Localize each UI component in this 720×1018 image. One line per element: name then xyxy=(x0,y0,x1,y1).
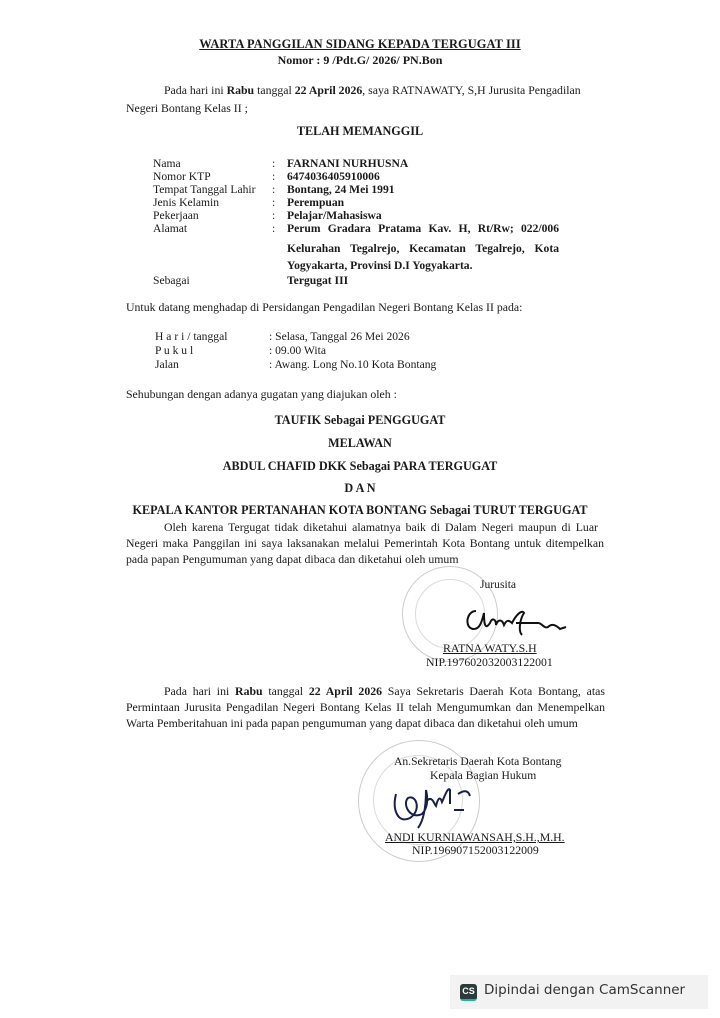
party-label-ktp: Nomor KTP xyxy=(153,170,211,183)
plaintiff-line: TAUFIK Sebagai PENGGUGAT xyxy=(0,413,720,428)
party-value-gender: Perempuan xyxy=(287,196,344,209)
bailiff-name: RATNA WATY.S.H xyxy=(443,641,537,656)
posting-day: Rabu xyxy=(235,684,263,698)
opening-paragraph: Pada hari ini Rabu tanggal 22 April 2026… xyxy=(164,81,581,99)
invite-text: Untuk datang menghadap di Persidangan Pe… xyxy=(126,298,522,316)
bailiff-nip: NIP.197602032003122001 xyxy=(426,655,553,670)
co-defendant-line: KEPALA KANTOR PERTANAHAN KOTA BONTANG Se… xyxy=(0,503,720,518)
opening-day: Rabu xyxy=(227,83,255,97)
camscanner-logo-icon: CS xyxy=(460,984,477,1001)
versus-line: MELAWAN xyxy=(0,436,720,451)
party-value-name: FARNANI NURHUSNA xyxy=(287,157,408,170)
defendants-line: ABDUL CHAFID DKK Sebagai PARA TERGUGAT xyxy=(0,459,720,474)
party-label-name: Nama xyxy=(153,157,181,170)
hearing-value-day: : Selasa, Tanggal 26 Mei 2026 xyxy=(269,330,410,343)
document-title: WARTA PANGGILAN SIDANG KEPADA TERGUGAT I… xyxy=(0,37,720,52)
posting-note-line-3: Warta Pemberitahuan ini pada papan pengu… xyxy=(126,714,578,732)
party-label-gender: Jenis Kelamin xyxy=(153,196,219,209)
posting-mid: tanggal xyxy=(263,684,309,698)
summoned-heading: TELAH MEMANGGIL xyxy=(0,124,720,139)
party-separator: : xyxy=(272,196,275,209)
posting-date: 22 April 2026 xyxy=(309,684,382,698)
lawsuit-intro: Sehubungan dengan adanya gugatan yang di… xyxy=(126,385,397,403)
document-number: Nomor : 9 /Pdt.G/ 2026/ PN.Bon xyxy=(0,53,720,68)
party-separator: : xyxy=(272,157,275,170)
hearing-value-street: : Awang. Long No.10 Kota Bontang xyxy=(269,358,436,371)
party-label-address: Alamat xyxy=(153,222,187,235)
party-label-birth: Tempat Tanggal Lahir xyxy=(153,183,255,196)
notice-line-3: pada papan Pengumuman yang dapat dibaca … xyxy=(126,550,459,568)
party-separator: : xyxy=(272,170,275,183)
party-separator: : xyxy=(272,222,275,235)
party-value-address-2: Kelurahan Tegalrejo, Kecamatan Tegalrejo… xyxy=(287,242,559,255)
party-value-address-3: Yogyakarta, Provinsi D.I Yogyakarta. xyxy=(287,259,473,272)
opening-mid: tanggal xyxy=(254,83,295,97)
party-label-role: Sebagai xyxy=(153,274,190,287)
secretary-role-line-1: An.Sekretaris Daerah Kota Bontang xyxy=(394,755,561,768)
hearing-label-street: Jalan xyxy=(155,358,179,371)
bailiff-signature-icon xyxy=(462,603,572,639)
opening-date: 22 April 2026 xyxy=(295,83,363,97)
posting-suffix: Saya Sekretaris Daerah Kota Bontang, ata… xyxy=(382,684,605,698)
bailiff-role: Jurusita xyxy=(480,578,516,591)
opening-line-2: Negeri Bontang Kelas II ; xyxy=(126,99,248,117)
opening-prefix: Pada hari ini xyxy=(164,83,227,97)
party-value-role: Tergugat III xyxy=(287,274,348,287)
party-separator: : xyxy=(272,209,275,222)
party-value-birth: Bontang, 24 Mei 1991 xyxy=(287,183,395,196)
hearing-label-day: H a r i / tanggal xyxy=(155,330,227,343)
scanner-footer: CS Dipindai dengan CamScanner xyxy=(450,975,708,1009)
and-line: D A N xyxy=(0,481,720,496)
party-value-occupation: Pelajar/Mahasiswa xyxy=(287,209,382,222)
party-value-address-1: Perum Gradara Pratama Kav. H, Rt/Rw; 022… xyxy=(287,222,559,235)
secretary-nip: NIP.196907152003122009 xyxy=(412,843,539,858)
party-label-occupation: Pekerjaan xyxy=(153,209,199,222)
party-separator: : xyxy=(272,183,275,196)
scanner-footer-label: Dipindai dengan CamScanner xyxy=(484,982,685,998)
party-value-ktp: 6474036405910006 xyxy=(287,170,380,183)
secretary-signature-icon xyxy=(388,780,508,830)
hearing-value-time: : 09.00 Wita xyxy=(269,344,326,357)
hearing-label-time: P u k u l xyxy=(155,344,193,357)
posting-prefix: Pada hari ini xyxy=(164,684,235,698)
opening-suffix: , saya RATNAWATY, S,H Jurusita Pengadila… xyxy=(362,83,580,97)
